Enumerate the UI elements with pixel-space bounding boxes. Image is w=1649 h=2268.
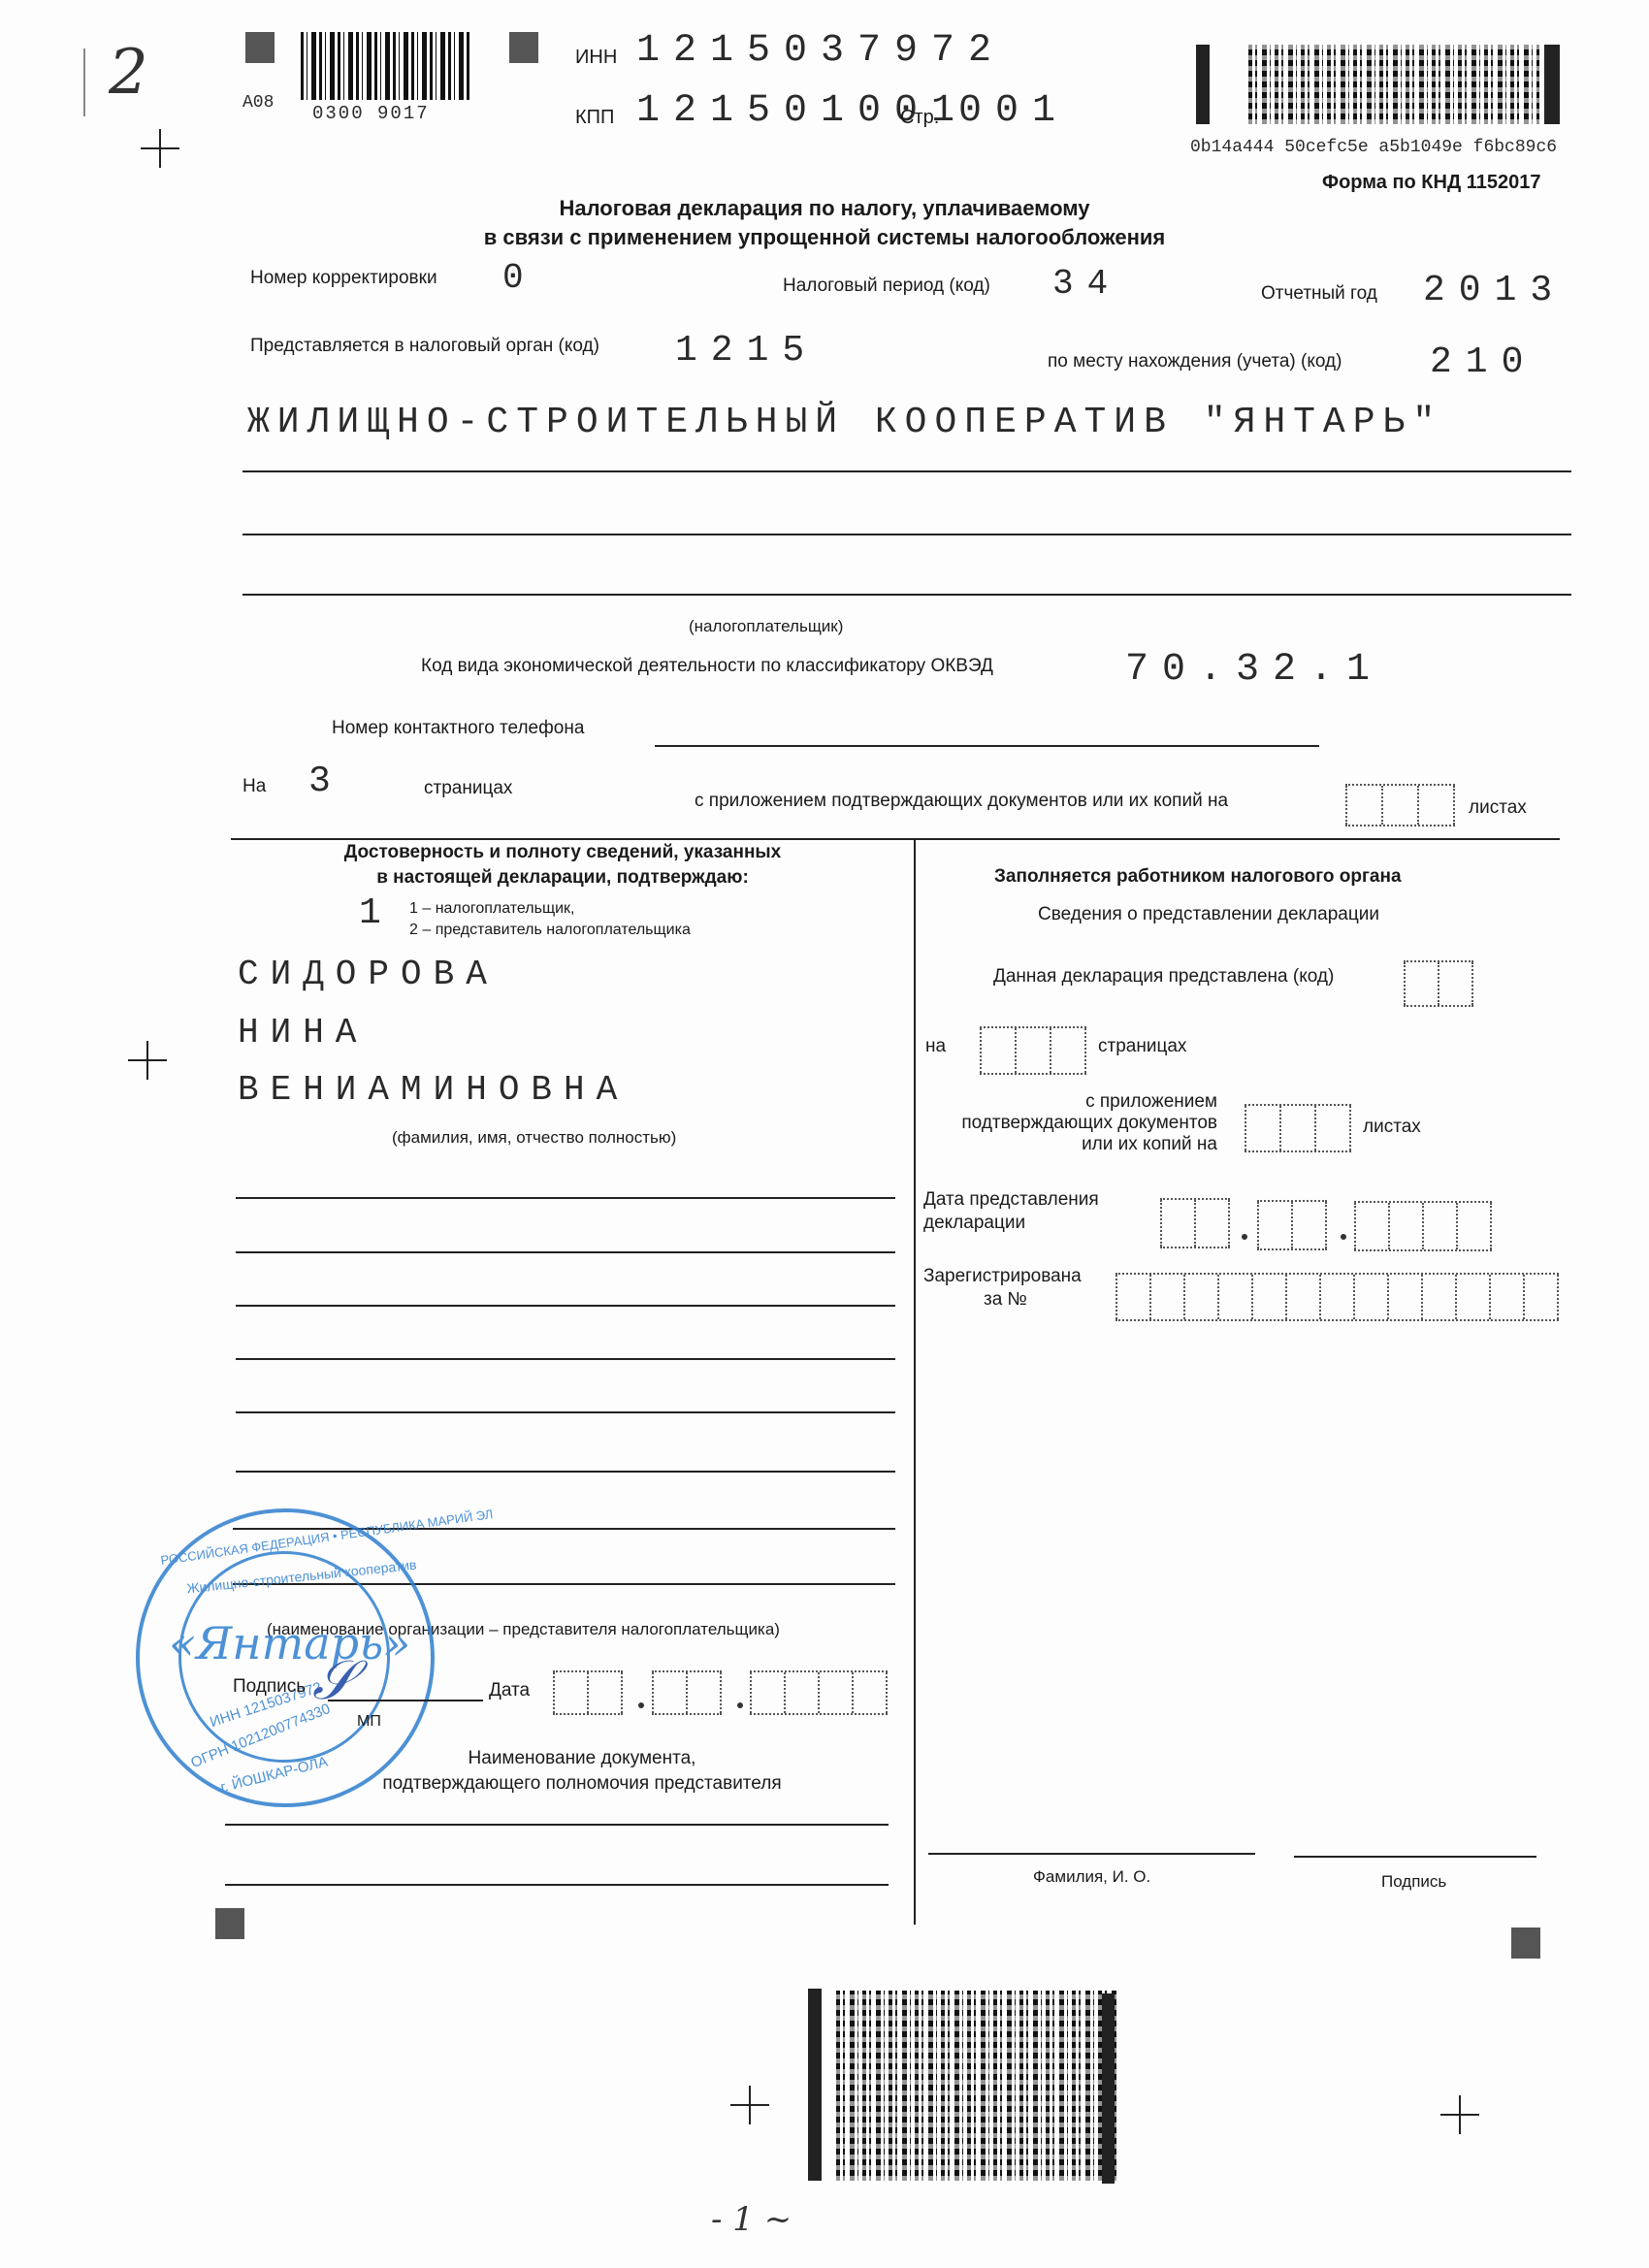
date-dot (1242, 1234, 1247, 1240)
margin-bar (83, 49, 85, 116)
officer-attach-line-1: с приложением (912, 1091, 1217, 1113)
date-year-input[interactable] (750, 1670, 888, 1715)
submitted-code-label: Данная декларация представлена (код) (993, 966, 1334, 988)
signature-line[interactable] (328, 1700, 483, 1701)
pages-prefix: На (242, 776, 266, 797)
submitted-code-input[interactable] (1404, 960, 1473, 1007)
officer-attach-line-3: или их копий на (912, 1134, 1217, 1155)
attachments-suffix: листах (1469, 797, 1527, 819)
officer-attach-label: с приложением подтверждающих документов … (912, 1091, 1217, 1155)
document-hash: 0b14a444 50cefc5e a5b1049e f6bc89c6 (1190, 138, 1557, 157)
okved-value[interactable]: 70.32.1 (1125, 648, 1383, 692)
corner-marker-icon (245, 32, 275, 63)
registration-cross-icon (141, 129, 179, 168)
pages-value[interactable]: 3 (308, 761, 331, 802)
title-line-2: в связи с применением упрощенной системы… (388, 223, 1261, 252)
pdf417-code (1248, 45, 1539, 124)
stamp-label: МП (357, 1713, 381, 1731)
page-mark: - 1 ~ (711, 2200, 792, 2239)
tax-officer-heading: Заполняется работником налогового органа (994, 866, 1402, 888)
registration-line-2: за № (923, 1288, 1082, 1312)
date-dot (737, 1702, 743, 1708)
report-year-value[interactable]: 2013 (1423, 270, 1566, 311)
taxpayer-name[interactable]: ЖИЛИЩНО-СТРОИТЕЛЬНЫЙ КООПЕРАТИВ "ЯНТАРЬ" (247, 402, 1442, 443)
officer-fio-caption: Фамилия, И. О. (1033, 1867, 1150, 1887)
page-label: Стр. (900, 107, 939, 129)
officer-attach-input[interactable] (1245, 1104, 1351, 1152)
pdf417-right-bar (1102, 1993, 1115, 2184)
officer-signature-caption: Подпись (1381, 1872, 1446, 1892)
date-day-input[interactable] (553, 1670, 623, 1715)
barcode (301, 32, 471, 100)
officer-attach-line-2: подтверждающих документов (912, 1113, 1217, 1134)
registration-cross-icon (730, 2086, 769, 2124)
corner-marker-icon (215, 1908, 244, 1939)
location-label: по месту нахождения (учета) (код) (1048, 351, 1342, 373)
location-value[interactable]: 210 (1430, 341, 1536, 383)
corner-marker-icon (1511, 1928, 1540, 1959)
taxpayer-line-1 (242, 470, 1571, 472)
registration-cross-icon (128, 1041, 167, 1080)
officer-signature-line[interactable] (1294, 1856, 1536, 1858)
pdf417-left-bar (808, 1989, 822, 2181)
inn-label: ИНН (575, 47, 617, 69)
officer-pages-input[interactable] (980, 1026, 1086, 1075)
okved-label: Код вида экономической деятельности по к… (421, 656, 993, 677)
tax-authority-value[interactable]: 1215 (675, 330, 818, 372)
pdf417-code-bottom (836, 1991, 1117, 2181)
doc-caption-line-1: Наименование документа, (330, 1746, 834, 1771)
form-code: Форма по КНД 1152017 (1322, 172, 1541, 194)
doc-caption: Наименование документа, подтверждающего … (330, 1746, 834, 1797)
signer-option-2: 2 – представитель налогоплательщика (409, 922, 691, 939)
page-title: Налоговая декларация по налогу, уплачива… (388, 194, 1261, 252)
corner-marker-icon (509, 32, 538, 63)
date-label: Дата (489, 1680, 530, 1701)
org-line-6 (236, 1471, 895, 1473)
pdf417-right-bar (1544, 45, 1560, 124)
title-line-1: Налоговая декларация по налогу, уплачива… (388, 194, 1261, 223)
seal-name: «Янтарь» (169, 1617, 402, 1669)
seal-outer-text: РОССИЙСКАЯ ФЕДЕРАЦИЯ • РЕСПУБЛИКА МАРИЙ … (160, 1507, 494, 1568)
submission-date-line-2: декларации (923, 1212, 1099, 1235)
officer-pages-suffix: страницах (1098, 1036, 1186, 1057)
phone-input[interactable] (655, 718, 1319, 747)
name-caption: (фамилия, имя, отчество полностью) (392, 1128, 676, 1148)
org-line-5 (236, 1411, 895, 1413)
confirmation-heading: Достоверность и полноту сведений, указан… (252, 840, 873, 891)
inn-value: 1215037972 (636, 29, 1005, 73)
submission-date-month[interactable] (1257, 1200, 1327, 1250)
correction-value[interactable]: 0 (502, 258, 524, 298)
doc-line-1 (225, 1824, 889, 1826)
taxpayer-caption: (налогоплательщик) (689, 617, 843, 636)
taxpayer-line-3 (242, 594, 1571, 596)
doc-caption-line-2: подтверждающего полномочия представителя (330, 1771, 834, 1797)
submission-date-line-1: Дата представления (923, 1188, 1099, 1212)
registration-cross-icon (1440, 2095, 1479, 2134)
signer-surname[interactable]: СИДОРОВА (238, 955, 499, 994)
date-dot (638, 1702, 644, 1708)
correction-label: Номер корректировки (250, 268, 437, 289)
pages-suffix: страницах (424, 778, 512, 799)
org-line-1 (236, 1197, 895, 1199)
attachments-label: с приложением подтверждающих документов … (695, 791, 1228, 812)
signer-patronymic[interactable]: ВЕНИАМИНОВНА (238, 1070, 629, 1110)
org-line-3 (236, 1305, 895, 1307)
pdf417-left-bar (1196, 45, 1210, 124)
report-year-label: Отчетный год (1261, 283, 1377, 305)
signer-first-name[interactable]: НИНА (238, 1013, 368, 1053)
submission-subheading: Сведения о представлении декларации (1038, 904, 1379, 925)
tax-period-value[interactable]: 34 (1052, 264, 1121, 304)
submission-date-year[interactable] (1354, 1201, 1492, 1251)
confirmation-heading-line-2: в настоящей декларации, подтверждаю: (252, 865, 873, 891)
signer-code[interactable]: 1 (359, 892, 381, 934)
signer-option-1: 1 – налогоплательщик, (409, 900, 575, 918)
signature-scribble: 𝒮 (312, 1649, 354, 1713)
signature-label: Подпись (233, 1676, 306, 1698)
tax-period-label: Налоговый период (код) (783, 275, 990, 297)
attachments-sheets-input[interactable] (1345, 784, 1455, 826)
submission-date-day[interactable] (1160, 1198, 1230, 1248)
officer-pages-prefix: на (925, 1036, 946, 1057)
doc-line-2 (225, 1884, 889, 1886)
registration-number-input[interactable] (1115, 1273, 1559, 1321)
org-line-2 (236, 1251, 895, 1253)
registration-line-1: Зарегистрирована (923, 1265, 1082, 1288)
column-divider (914, 838, 916, 1925)
submission-date-label: Дата представления декларации (923, 1188, 1099, 1235)
officer-attach-suffix: листах (1363, 1117, 1421, 1138)
date-dot (1341, 1234, 1346, 1240)
barcode-prefix: A08 (242, 93, 274, 113)
barcode-number: 0300 9017 (312, 103, 430, 124)
org-line-4 (236, 1358, 895, 1360)
kpp-label: КПП (575, 107, 614, 129)
tax-authority-label: Представляется в налоговый орган (код) (250, 336, 599, 357)
margin-page-number: 2 (109, 37, 148, 109)
phone-label: Номер контактного телефона (332, 718, 584, 739)
taxpayer-line-2 (242, 534, 1571, 535)
officer-fio-line[interactable] (928, 1853, 1255, 1855)
date-month-input[interactable] (652, 1670, 722, 1715)
registration-label: Зарегистрирована за № (923, 1265, 1082, 1312)
confirmation-heading-line-1: Достоверность и полноту сведений, указан… (252, 840, 873, 865)
page-value: 001 (958, 89, 1069, 133)
